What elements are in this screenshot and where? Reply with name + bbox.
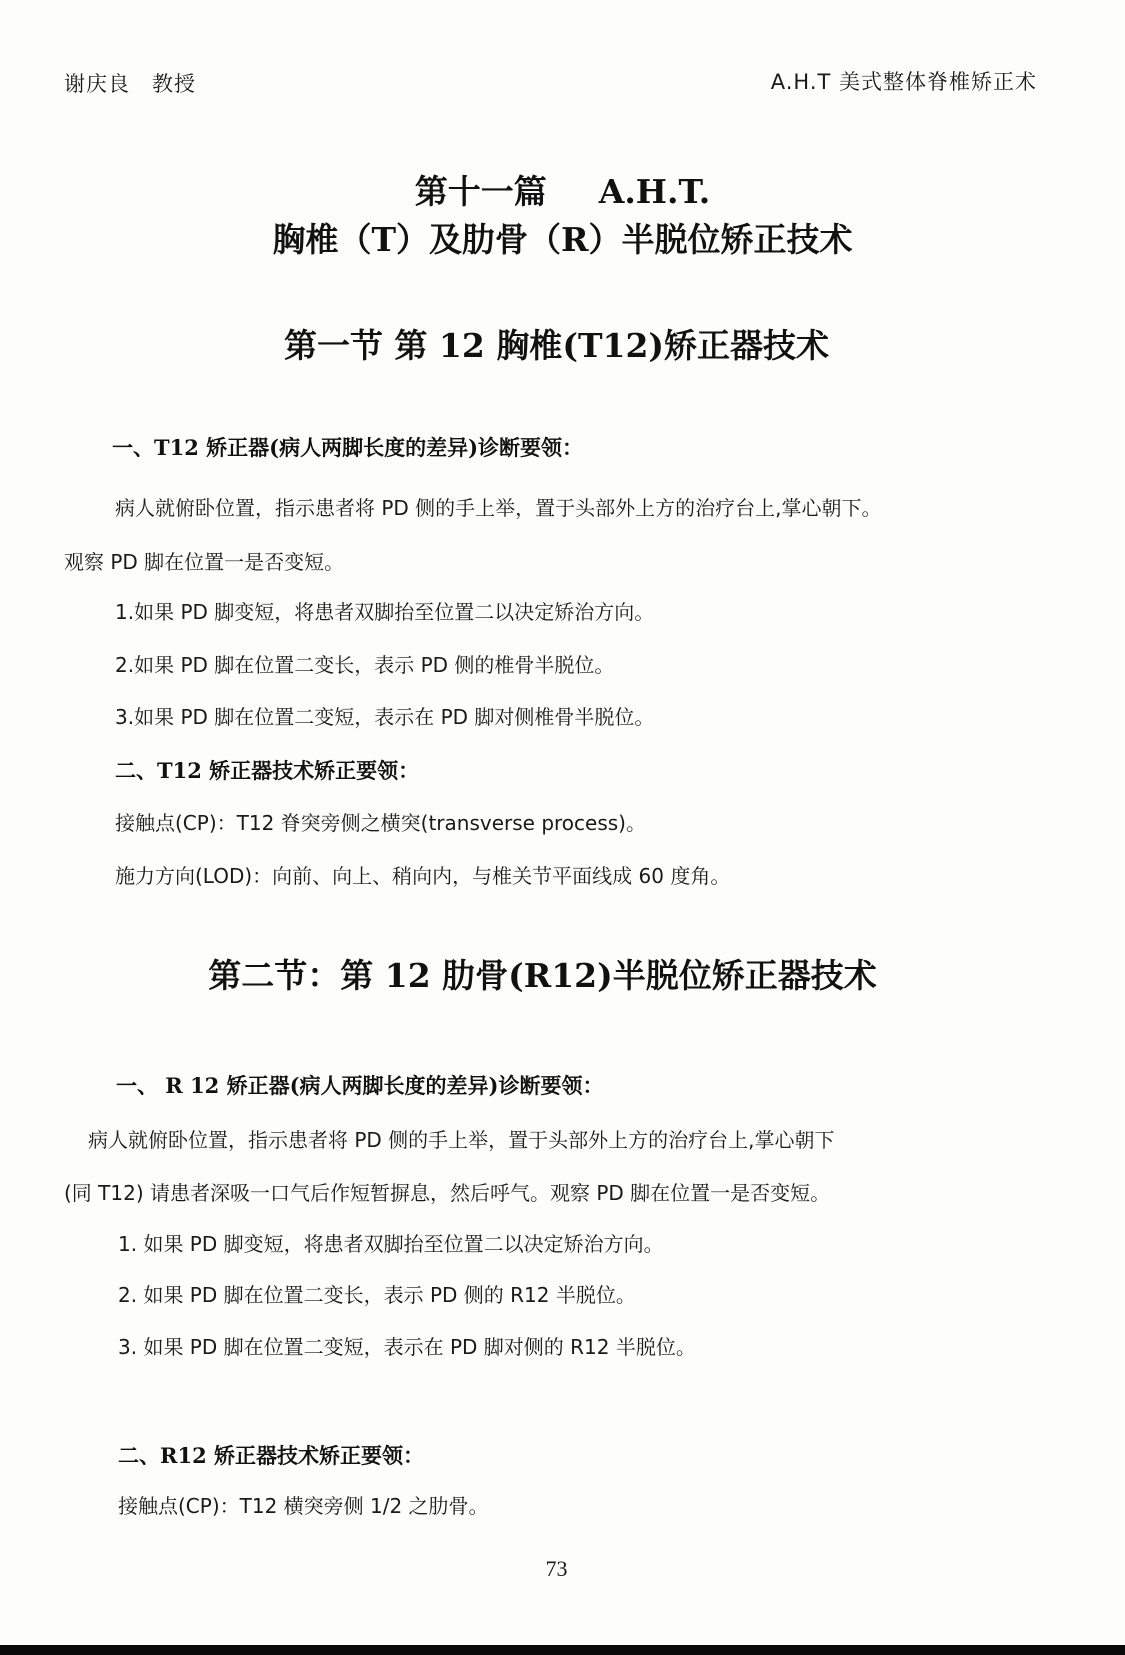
author-name: 谢庆良 [64,72,130,96]
section-2-contact-point: 接触点(CP)：T12 横突旁侧 1/2 之肋骨。 [118,1490,489,1519]
section-1-contact-point: 接触点(CP)：T12 脊突旁侧之横突(transverse process)。 [115,807,646,836]
chapter-subtitle: 胸椎（T）及肋骨（R）半脱位矫正技术 [0,214,1125,261]
scan-edge-bar [0,1645,1125,1655]
section-2-intro-line-1: 病人就俯卧位置，指示患者将 PD 侧的手上举，置于头部外上方的治疗台上,掌心朝下 [88,1124,835,1153]
section-2-list-item: 2. 如果 PD 脚在位置二变长，表示 PD 侧的 R12 半脱位。 [118,1279,636,1308]
section-1-title: 第一节 第 12 胸椎(T12)矫正器技术 [0,320,1119,367]
chapter-abbrev: A.H.T. [599,172,711,211]
section-2-title: 第二节：第 12 肋骨(R12)半脱位矫正器技术 [0,950,1105,997]
section-1-list-item: 1.如果 PD 脚变短，将患者双脚抬至位置二以决定矫治方向。 [115,596,654,625]
document-page: 谢庆良教授 A.H.T 美式整体脊椎矫正术 第十一篇A.H.T. 胸椎（T）及肋… [0,0,1125,1645]
section-1-list-item: 2.如果 PD 脚在位置二变长，表示 PD 侧的椎骨半脱位。 [115,649,614,678]
section-2-part-1-heading: 一、 R 12 矫正器(病人两脚长度的差异)诊断要领： [116,1070,603,1100]
running-header-book-title: A.H.T 美式整体脊椎矫正术 [771,66,1037,96]
section-2-list-item: 3. 如果 PD 脚在位置二变短，表示在 PD 脚对侧的 R12 半脱位。 [118,1331,696,1360]
page-number: 73 [0,1556,1119,1582]
section-1-part-1-heading: 一、T12 矫正器(病人两脚长度的差异)诊断要领： [112,432,583,462]
chapter-title: 第十一篇A.H.T. [0,166,1125,213]
section-1-line-of-drive: 施力方向(LOD)：向前、向上、稍向内，与椎关节平面线成 60 度角。 [115,860,730,889]
section-1-intro-line-1: 病人就俯卧位置，指示患者将 PD 侧的手上举，置于头部外上方的治疗台上,掌心朝下… [115,492,882,521]
section-2-intro-line-2: (同 T12) 请患者深吸一口气后作短暂摒息，然后呼气。观察 PD 脚在位置一是… [64,1177,830,1206]
section-1-intro-line-2: 观察 PD 脚在位置一是否变短。 [64,546,344,575]
section-1-part-2-heading: 二、T12 矫正器技术矫正要领： [115,755,419,785]
section-2-list-item: 1. 如果 PD 脚变短，将患者双脚抬至位置二以决定矫治方向。 [118,1228,664,1257]
section-2-part-2-heading: 二、R12 矫正器技术矫正要领： [118,1440,424,1470]
chapter-number: 第十一篇 [415,172,547,211]
running-header-author: 谢庆良教授 [64,68,196,98]
section-1-list-item: 3.如果 PD 脚在位置二变短，表示在 PD 脚对侧椎骨半脱位。 [115,701,654,730]
author-title: 教授 [152,72,196,96]
